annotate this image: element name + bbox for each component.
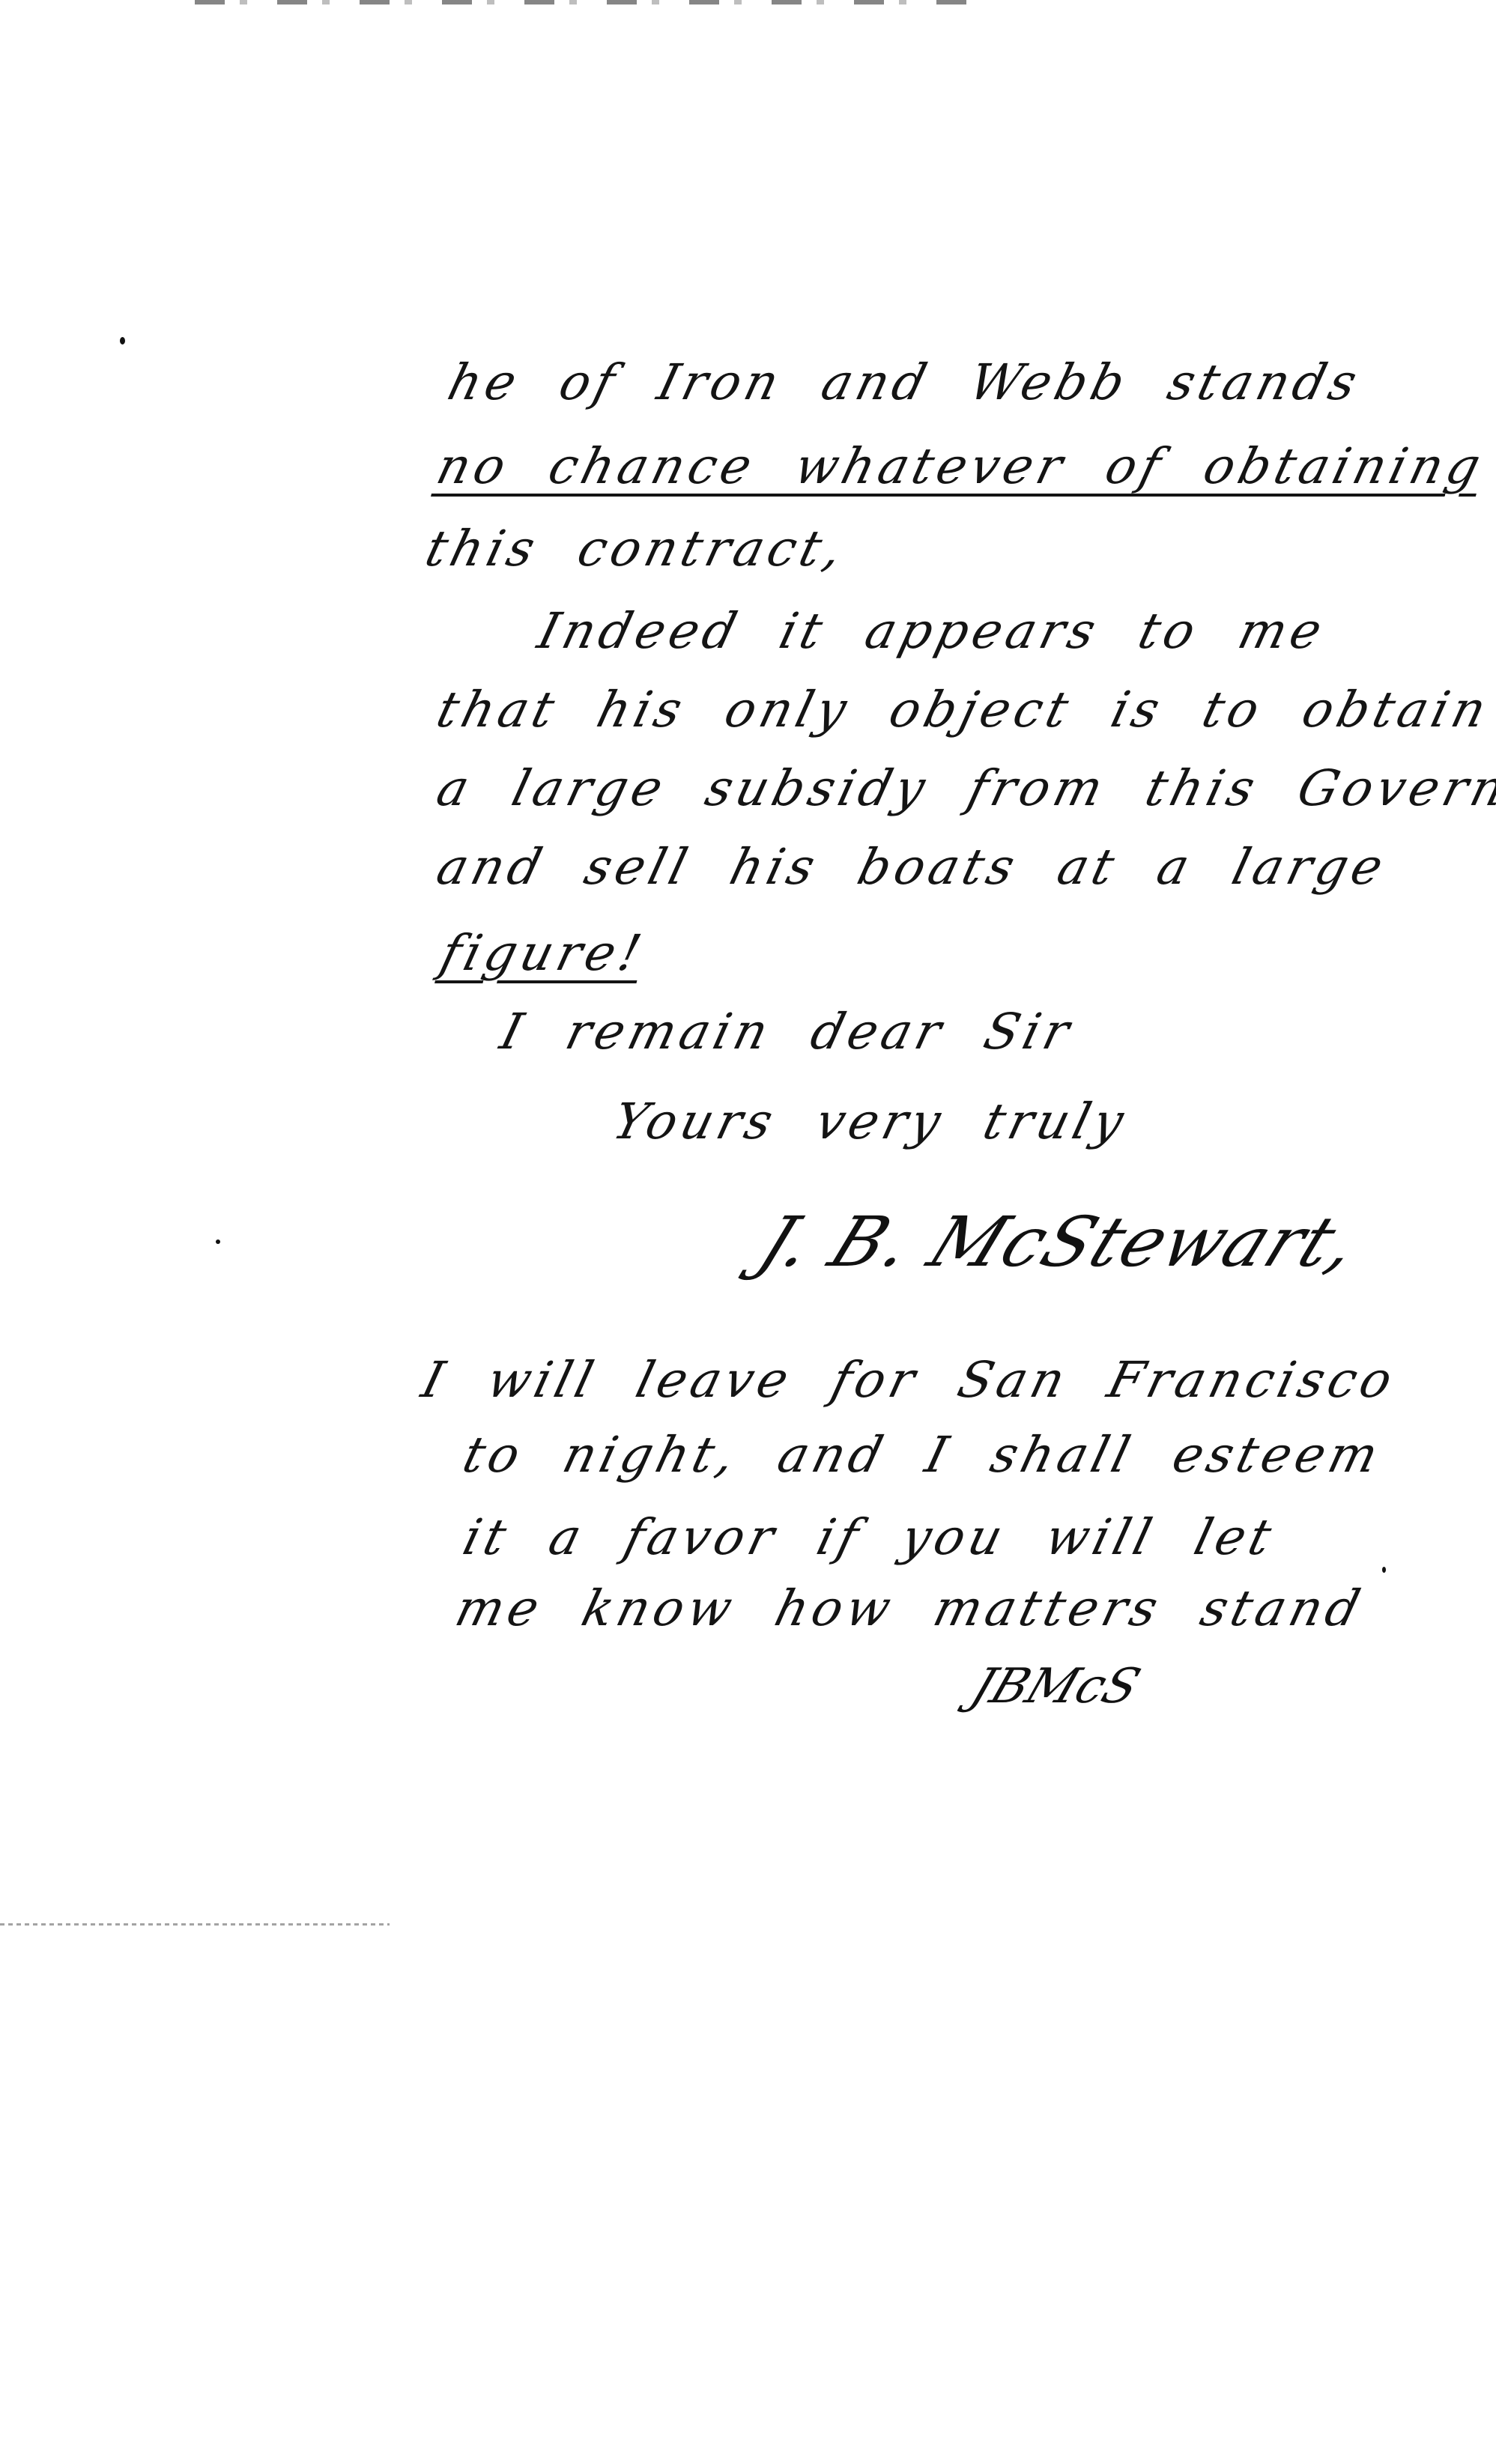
letter-line-4: Indeed it appears to me bbox=[533, 607, 1331, 656]
letter-line-7-text: and sell his boats at a large bbox=[431, 838, 1393, 896]
letter-line-3: this contract, bbox=[421, 524, 852, 574]
postscript-line-4-text: me know how matters stand bbox=[450, 1580, 1370, 1637]
signature: J. B. McStewart, bbox=[748, 1202, 1372, 1282]
letter-line-3-text: this contract, bbox=[420, 520, 853, 577]
letter-line-5: that his only object is to obtain bbox=[432, 685, 1495, 735]
scan-edge-artifact-top bbox=[195, 0, 981, 4]
margin-speck bbox=[120, 337, 125, 345]
margin-speck bbox=[1382, 1567, 1386, 1573]
letter-line-6: a large subsidy from this Government bbox=[432, 764, 1496, 813]
postscript-line-2-text: to night, and I shall esteem bbox=[458, 1426, 1389, 1484]
letter-line-8: figure! bbox=[436, 929, 650, 978]
letter-line-2-text: no chance whatever of obtaining bbox=[431, 437, 1491, 495]
letter-line-5-text: that his only object is to obtain bbox=[431, 681, 1496, 738]
postscript-line-4: me know how matters stand bbox=[451, 1584, 1369, 1633]
postscript-line-1-text: I will leave for San Francisco bbox=[417, 1351, 1402, 1409]
letter-line-4-text: Indeed it appears to me bbox=[533, 602, 1333, 660]
closing-line-1-text: I remain dear Sir bbox=[495, 1003, 1079, 1060]
closing-line-1: I remain dear Sir bbox=[496, 1007, 1079, 1057]
letter-line-1: he of Iron and Webb stands bbox=[443, 358, 1366, 407]
scan-edge-artifact-bottom bbox=[0, 1923, 390, 1926]
postscript-line-2: to night, and I shall esteem bbox=[458, 1430, 1387, 1480]
closing-line-2: Yours very truly bbox=[608, 1097, 1133, 1147]
postscript-initials: JBMcS bbox=[964, 1659, 1148, 1714]
letter-line-8-text: figure! bbox=[435, 924, 652, 982]
letter-line-1-text: he of Iron and Webb stands bbox=[443, 353, 1367, 411]
postscript-initials-text: JBMcS bbox=[964, 1659, 1148, 1714]
postscript-line-3: it a favor if you will let bbox=[458, 1513, 1280, 1562]
closing-line-2-text: Yours very truly bbox=[608, 1093, 1134, 1150]
signature-text: J. B. McStewart, bbox=[748, 1202, 1372, 1282]
margin-speck bbox=[216, 1239, 220, 1244]
scanned-letter-page: he of Iron and Webb stands no chance wha… bbox=[0, 0, 1496, 2464]
letter-line-6-text: a large subsidy from this Government bbox=[431, 759, 1496, 817]
letter-line-7: and sell his boats at a large bbox=[432, 843, 1392, 892]
postscript-line-1: I will leave for San Francisco bbox=[417, 1356, 1402, 1405]
postscript-line-3-text: it a favor if you will let bbox=[458, 1508, 1282, 1566]
letter-line-2: no chance whatever of obtaining bbox=[432, 442, 1489, 491]
